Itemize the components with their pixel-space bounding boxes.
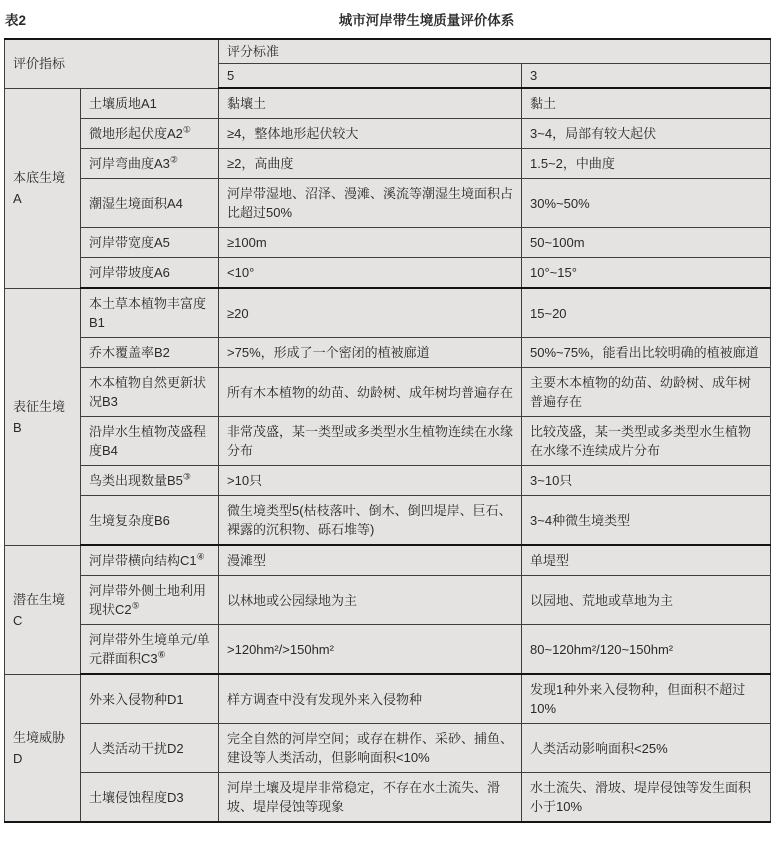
- header-score-5: 5: [219, 64, 522, 89]
- score3-cell: 30%~50%: [522, 179, 771, 228]
- table-header: 评价指标 评分标准 5 3: [5, 39, 771, 88]
- score5-cell: 样方调查中没有发现外来入侵物种: [219, 674, 522, 724]
- score3-cell: 50%~75%，能看出比较明确的植被廊道: [522, 338, 771, 368]
- score5-cell: ≥4，整体地形起伏较大: [219, 119, 522, 149]
- table-row: 生境威胁 D 外来入侵物种D1 样方调查中没有发现外来入侵物种 发现1种外来入侵…: [5, 674, 771, 724]
- group-name: 潜在生境: [13, 589, 72, 610]
- table-body: 本底生境 A 土壤质地A1 黏壤土 黏土 微地形起伏度A2① ≥4，整体地形起伏…: [5, 88, 771, 822]
- indicator-label: 河岸带横向结构C1: [89, 553, 197, 568]
- indicator-cell: 河岸带外生境单元/单元群面积C3⑥: [81, 625, 219, 675]
- title-bar: 表2 城市河岸带生境质量评价体系: [0, 0, 773, 38]
- group-letter: C: [13, 610, 72, 631]
- score5-cell: <10°: [219, 258, 522, 289]
- header-indicator: 评价指标: [5, 39, 219, 88]
- table-row: 微地形起伏度A2① ≥4，整体地形起伏较大 3~4，局部有较大起伏: [5, 119, 771, 149]
- table-row: 河岸带外生境单元/单元群面积C3⑥ >120hm²/>150hm² 80~120…: [5, 625, 771, 675]
- score5-cell: ≥100m: [219, 228, 522, 258]
- score5-cell: 以林地或公园绿地为主: [219, 576, 522, 625]
- score5-cell: 河岸带湿地、沼泽、漫滩、溪流等潮湿生境面积占比超过50%: [219, 179, 522, 228]
- indicator-cell: 鸟类出现数量B5③: [81, 466, 219, 496]
- footnote-marker: ④: [197, 552, 205, 562]
- table-row: 鸟类出现数量B5③ >10只 3~10只: [5, 466, 771, 496]
- group-letter: D: [13, 748, 72, 769]
- indicator-label: 微地形起伏度A2: [89, 126, 183, 141]
- page: 表2 城市河岸带生境质量评价体系 评价指标 评分标准 5 3 本底生境 A: [0, 0, 773, 823]
- score3-cell: 单堤型: [522, 545, 771, 576]
- footnote-marker: ⑥: [158, 650, 166, 660]
- table-row: 人类活动干扰D2 完全自然的河岸空间；或存在耕作、采砂、捕鱼、建设等人类活动，但…: [5, 724, 771, 773]
- footnote-marker: ⑤: [132, 601, 140, 611]
- table-row: 本底生境 A 土壤质地A1 黏壤土 黏土: [5, 88, 771, 119]
- group-cell-a: 本底生境 A: [5, 88, 81, 288]
- indicator-cell: 潮湿生境面积A4: [81, 179, 219, 228]
- indicator-cell: 沿岸水生植物茂盛程度B4: [81, 417, 219, 466]
- group-name: 本底生境: [13, 167, 72, 188]
- score3-cell: 黏土: [522, 88, 771, 119]
- score3-cell: 3~10只: [522, 466, 771, 496]
- table-number-label: 表2: [5, 9, 26, 29]
- score5-cell: >75%，形成了一个密闭的植被廊道: [219, 338, 522, 368]
- group-cell-b: 表征生境 B: [5, 288, 81, 545]
- indicator-cell: 乔木覆盖率B2: [81, 338, 219, 368]
- score5-cell: 微生境类型5(枯枝落叶、倒木、倒凹堤岸、巨石、裸露的沉积物、砾石堆等): [219, 496, 522, 546]
- group-letter: B: [13, 417, 72, 438]
- table-row: 潮湿生境面积A4 河岸带湿地、沼泽、漫滩、溪流等潮湿生境面积占比超过50% 30…: [5, 179, 771, 228]
- indicator-label: 河岸弯曲度A3: [89, 156, 170, 171]
- score3-cell: 10°~15°: [522, 258, 771, 289]
- score5-cell: 完全自然的河岸空间；或存在耕作、采砂、捕鱼、建设等人类活动，但影响面积<10%: [219, 724, 522, 773]
- indicator-cell: 微地形起伏度A2①: [81, 119, 219, 149]
- table-row: 潜在生境 C 河岸带横向结构C1④ 漫滩型 单堤型: [5, 545, 771, 576]
- indicator-cell: 河岸带横向结构C1④: [81, 545, 219, 576]
- table-row: 沿岸水生植物茂盛程度B4 非常茂盛，某一类型或多类型水生植物连续在水缘分布 比较…: [5, 417, 771, 466]
- table-title: 城市河岸带生境质量评价体系: [26, 9, 767, 29]
- habitat-quality-evaluation-table: 评价指标 评分标准 5 3 本底生境 A 土壤质地A1 黏壤土 黏土 微地形起伏…: [4, 38, 771, 823]
- score3-cell: 比较茂盛，某一类型或多类型水生植物在水缘不连续成片分布: [522, 417, 771, 466]
- header-score-3: 3: [522, 64, 771, 89]
- table-row: 土壤侵蚀程度D3 河岸土壤及堤岸非常稳定，不存在水土流失、滑坡、堤岸侵蚀等现象 …: [5, 773, 771, 823]
- score3-cell: 15~20: [522, 288, 771, 338]
- header-row-1: 评价指标 评分标准: [5, 39, 771, 64]
- group-name: 表征生境: [13, 396, 72, 417]
- score5-cell: >120hm²/>150hm²: [219, 625, 522, 675]
- score5-cell: ≥20: [219, 288, 522, 338]
- indicator-cell: 土壤侵蚀程度D3: [81, 773, 219, 823]
- indicator-cell: 河岸带宽度A5: [81, 228, 219, 258]
- table-row: 河岸带宽度A5 ≥100m 50~100m: [5, 228, 771, 258]
- table-row: 表征生境 B 本土草本植物丰富度B1 ≥20 15~20: [5, 288, 771, 338]
- indicator-label: 河岸带外侧土地利用现状C2: [89, 583, 206, 617]
- score3-cell: 3~4，局部有较大起伏: [522, 119, 771, 149]
- score5-cell: >10只: [219, 466, 522, 496]
- footnote-marker: ①: [183, 125, 191, 135]
- indicator-cell: 生境复杂度B6: [81, 496, 219, 546]
- score3-cell: 发现1种外来入侵物种，但面积不超过10%: [522, 674, 771, 724]
- score3-cell: 以园地、荒地或草地为主: [522, 576, 771, 625]
- table-row: 河岸带坡度A6 <10° 10°~15°: [5, 258, 771, 289]
- score3-cell: 人类活动影响面积<25%: [522, 724, 771, 773]
- group-letter: A: [13, 188, 72, 209]
- indicator-cell: 木本植物自然更新状况B3: [81, 368, 219, 417]
- indicator-cell: 外来入侵物种D1: [81, 674, 219, 724]
- table-row: 生境复杂度B6 微生境类型5(枯枝落叶、倒木、倒凹堤岸、巨石、裸露的沉积物、砾石…: [5, 496, 771, 546]
- group-name: 生境威胁: [13, 727, 72, 748]
- indicator-label: 鸟类出现数量B5: [89, 473, 183, 488]
- score5-cell: 黏壤土: [219, 88, 522, 119]
- indicator-cell: 人类活动干扰D2: [81, 724, 219, 773]
- score3-cell: 1.5~2，中曲度: [522, 149, 771, 179]
- score3-cell: 80~120hm²/120~150hm²: [522, 625, 771, 675]
- score5-cell: ≥2，高曲度: [219, 149, 522, 179]
- indicator-cell: 土壤质地A1: [81, 88, 219, 119]
- score3-cell: 水土流失、滑坡、堤岸侵蚀等发生面积小于10%: [522, 773, 771, 823]
- indicator-label: 河岸带外生境单元/单元群面积C3: [89, 632, 210, 666]
- table-row: 木本植物自然更新状况B3 所有木本植物的幼苗、幼龄树、成年树均普遍存在 主要木本…: [5, 368, 771, 417]
- score3-cell: 50~100m: [522, 228, 771, 258]
- group-cell-c: 潜在生境 C: [5, 545, 81, 674]
- footnote-marker: ②: [170, 155, 178, 165]
- indicator-cell: 河岸带坡度A6: [81, 258, 219, 289]
- score5-cell: 所有木本植物的幼苗、幼龄树、成年树均普遍存在: [219, 368, 522, 417]
- footnote-marker: ③: [183, 472, 191, 482]
- score3-cell: 主要木本植物的幼苗、幼龄树、成年树普遍存在: [522, 368, 771, 417]
- indicator-cell: 本土草本植物丰富度B1: [81, 288, 219, 338]
- table-row: 乔木覆盖率B2 >75%，形成了一个密闭的植被廊道 50%~75%，能看出比较明…: [5, 338, 771, 368]
- table-row: 河岸弯曲度A3② ≥2，高曲度 1.5~2，中曲度: [5, 149, 771, 179]
- indicator-cell: 河岸弯曲度A3②: [81, 149, 219, 179]
- score3-cell: 3~4种微生境类型: [522, 496, 771, 546]
- score5-cell: 非常茂盛，某一类型或多类型水生植物连续在水缘分布: [219, 417, 522, 466]
- header-standard: 评分标准: [219, 39, 771, 64]
- indicator-cell: 河岸带外侧土地利用现状C2⑤: [81, 576, 219, 625]
- score5-cell: 河岸土壤及堤岸非常稳定，不存在水土流失、滑坡、堤岸侵蚀等现象: [219, 773, 522, 823]
- table-row: 河岸带外侧土地利用现状C2⑤ 以林地或公园绿地为主 以园地、荒地或草地为主: [5, 576, 771, 625]
- score5-cell: 漫滩型: [219, 545, 522, 576]
- group-cell-d: 生境威胁 D: [5, 674, 81, 822]
